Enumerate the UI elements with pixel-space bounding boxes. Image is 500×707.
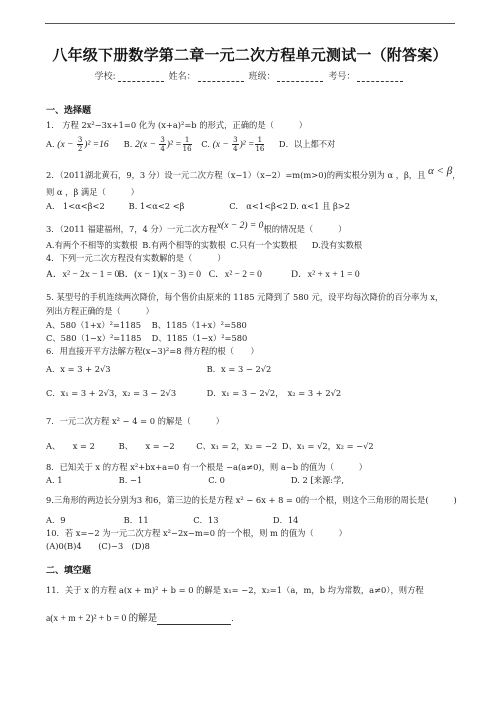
q3-option-c: C.只有一个实数根 [230, 239, 297, 251]
numerator: 3 [232, 136, 238, 145]
q4-options: A．x² − 2x − 1 = 0 B．(x − 1)(x − 3) = 0 C… [46, 269, 360, 281]
q3-stem-end: 根的情况是（ ） [263, 224, 346, 234]
q7-option-b: B、 x = −2 [119, 440, 194, 452]
q3-options: A.有两个不相等的实数根 B.有两个相等的实数根 C.只有一个实数根 D.没有实… [46, 239, 362, 251]
exam-number-blank[interactable] [357, 73, 403, 82]
q7-option-c: C、x₁ = 2，x₂ = −2 [196, 440, 279, 452]
denominator: 4 [159, 145, 165, 153]
option-math: 2(x − [135, 140, 158, 150]
option-label: B. [124, 139, 133, 149]
q8-stem: 8．已知关于 x 的方程 x²+bx+a=0 有一个根是 −a(a≠0)，则 a… [46, 461, 367, 473]
numerator: 3 [159, 136, 165, 145]
q6-stem: 6．用直接开平方法解方程(x−3)²=8 得方程的根（ ） [46, 345, 259, 357]
page-title: 八年级下册数学第二章一元二次方程单元测试一（附答案） [0, 44, 500, 65]
q4-option-d: D．x² + x + 1 = 0 [291, 269, 360, 281]
q4-option-a: A．x² − 2x − 1 = 0 [46, 269, 116, 281]
q3-stem-text: 3．（2011 福建福州，7，4 分）一元二次方程 [46, 224, 217, 234]
q6-option-a: A．x = 3 + 2√3 [46, 363, 204, 375]
numerator: 1 [183, 136, 192, 145]
q4-option-b: B．(x − 1)(x − 3) = 0 [118, 269, 206, 281]
school-label: 学校: [95, 72, 116, 82]
option-math: (x − [57, 140, 76, 150]
q2-options: A. 1<α<β<2 B. 1<α<2 <β C. α<1<β<2 D. α<1… [46, 200, 350, 212]
q1-option-c: C. (x − 34)² =116 [201, 133, 276, 156]
fraction: 32 [77, 136, 83, 153]
q11-stem-text: a(x + m + 2)² + b = 0 的解是 [46, 614, 157, 624]
q3-stem: 3．（2011 福建福州，7，4 分）一元二次方程x(x − 2) = 0根的情… [46, 220, 346, 235]
q11-stem-end: ． [231, 613, 239, 623]
q6-option-c: C．x₁ = 3 + 2√3，x₂ = 3 − 2√3 [46, 387, 204, 399]
class-blank[interactable] [277, 73, 323, 82]
q11-answer-blank[interactable] [157, 615, 231, 625]
denominator: 2 [77, 145, 83, 153]
q6-options-row1: A．x = 3 + 2√3 B．x = 3 − 2√2 [46, 363, 271, 375]
header-rule [45, 23, 455, 24]
exam-number-label: 考号： [328, 72, 355, 82]
q1-options: A. (x − 32)² =16 B. 2(x − 34)² =116 C. (… [46, 133, 335, 156]
q3-option-b: B.有两个相等的实数根 [142, 239, 225, 251]
q1-stem: 1． 方程 2x²−3x+1=0 化为 (x+a)²=b 的形式，正确的是（ ） [46, 119, 307, 131]
section-heading-choice: 一、选择题 [46, 103, 91, 116]
name-label: 姓名： [169, 72, 196, 82]
numerator: 1 [255, 136, 264, 145]
q6-option-d: D．x₁ = 3 − 2√2， x₂ = 3 + 2√2 [207, 387, 342, 399]
q4-stem: 4．下列一元二次方程没有实数解的是（ ） [46, 252, 226, 264]
q5-option-a: A、580（1+x）²=1185 [46, 319, 149, 331]
q2-stem-end: ， [452, 170, 460, 180]
q3-equation: x(x − 2) = 0 [217, 221, 264, 231]
denominator: 16 [183, 145, 192, 153]
fraction: 116 [183, 136, 192, 153]
q8-option-a: A. 1 [46, 474, 116, 486]
option-math: )² = [167, 140, 182, 150]
q9-option-b: B．11 [124, 514, 191, 526]
q9-option-d: D．14 [273, 514, 299, 526]
q4-option-c: C．x² − 2 = 0 [209, 269, 289, 281]
school-blank[interactable] [118, 73, 164, 82]
q5-option-d: D、1185（1−x）²=580 [152, 332, 248, 344]
q7-stem: 7．一元二次方程 x² − 4 = 0 的解是（ ） [46, 415, 224, 427]
q5-options-row2: C、580（1−x）²=1185 D、1185（1−x）²=580 [46, 332, 247, 344]
q7-option-d: D、x₁ = √2，x₂ = −√2 [282, 440, 374, 452]
q1-option-b: B. 2(x − 34)² =116 [124, 133, 199, 156]
option-label: C. [201, 139, 210, 149]
q8-option-b: B. −1 [119, 474, 206, 486]
q5-option-b: B、1185（1+x）²=580 [152, 319, 247, 331]
q5-options-row1: A、580（1+x）²=1185 B、1185（1+x）²=580 [46, 319, 247, 331]
option-math: (x − [213, 140, 232, 150]
q9-options: A．9 B．11 C．13 D．14 [46, 514, 298, 526]
q2-condition: α < β [428, 165, 452, 177]
q9-option-c: C．13 [193, 514, 270, 526]
q8-option-d: D. 2 [来源:学, [291, 474, 344, 486]
option-math: )² = [240, 140, 255, 150]
q6-options-row2: C．x₁ = 3 + 2√3，x₂ = 3 − 2√3 D．x₁ = 3 − 2… [46, 387, 341, 399]
option-label: A. [46, 139, 55, 149]
q7-option-a: A、 x = 2 [46, 440, 116, 452]
q3-option-d: D.没有实数根 [312, 239, 362, 251]
q2-stem-line1: 2．（2011湖北黄石，9，3 分）设一元二次方程（x−1）（x−2）=m(m>… [46, 165, 461, 181]
fraction: 116 [255, 136, 264, 153]
option-math: )² =16 [84, 140, 108, 150]
q2-option-c: C. α<1<β<2 [229, 200, 287, 212]
q8-option-c: C. 0 [208, 474, 288, 486]
q11-stem-line1: 11．关于 x 的方程 a(x + m)² + b = 0 的解是 x₁= −2… [46, 584, 424, 596]
denominator: 16 [255, 145, 264, 153]
q10-stem: 10．若 x=−2 为一元二次方程 x²−2x−m=0 的一个根，则 m 的值为… [46, 527, 347, 539]
q9-option-a: A．9 [46, 514, 121, 526]
fraction: 34 [232, 136, 238, 153]
q5-stem-line1: 5. 某型号的手机连续两次降价，每个售价由原来的 1185 元降到了 580 元… [46, 291, 443, 303]
denominator: 4 [232, 145, 238, 153]
q3-option-a: A.有两个不相等的实数根 [46, 239, 138, 251]
q10-options: (A)0(B)4 (C)−3 (D)8 [46, 540, 150, 552]
q8-options: A. 1 B. −1 C. 0 D. 2 [来源:学, [46, 474, 344, 486]
q1-option-d: D．以上都不对 [279, 133, 335, 155]
q2-option-b: B. 1<α<2 <β [129, 200, 227, 212]
name-blank[interactable] [198, 73, 244, 82]
q2-stem: 2．（2011湖北黄石，9，3 分）设一元二次方程（x−1）（x−2）=m(m>… [46, 170, 425, 180]
q1-option-a: A. (x − 32)² =16 [46, 133, 121, 156]
q11-stem-line2: a(x + m + 2)² + b = 0 的解是． [46, 612, 239, 625]
fraction: 34 [159, 136, 165, 153]
class-label: 班级： [248, 72, 275, 82]
q2-option-d: D. α<1 且 β>2 [290, 200, 350, 212]
q5-option-c: C、580（1−x）²=1185 [46, 332, 149, 344]
q9-stem: 9.三角形的两边长分别为3 和6，第三边的长是方程 x² − 6x + 8 = … [46, 494, 457, 506]
student-info-row: 学校: 姓名： 班级： 考号： [0, 69, 500, 82]
numerator: 3 [77, 136, 83, 145]
q2-option-a: A. 1<α<β<2 [46, 200, 126, 212]
section-heading-fill-in: 二、填空题 [46, 563, 91, 576]
q2-stem-line2: 则 α ，β 满足（ ） [46, 186, 139, 198]
q7-options: A、 x = 2 B、 x = −2 C、x₁ = 2，x₂ = −2 D、x₁… [46, 440, 374, 452]
q6-option-b: B．x = 3 − 2√2 [207, 363, 272, 375]
q5-stem-line2: 列出方程正确的是（ ） [46, 305, 154, 317]
